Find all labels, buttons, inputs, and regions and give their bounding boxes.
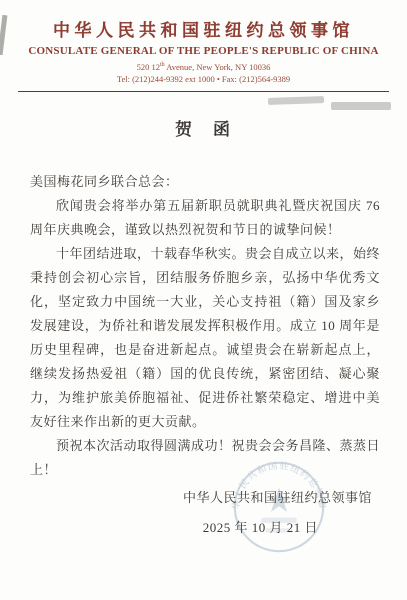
consulate-name-chinese: 中华人民共和国驻纽约总领事馆 xyxy=(0,16,407,41)
closing-organization: 中华人民共和国驻纽约总领事馆 xyxy=(0,486,372,510)
scan-artifact-smudge xyxy=(331,102,391,110)
letter-page: 中华人民共和国驻纽约总领事馆 CONSULATE GENERAL OF THE … xyxy=(0,0,407,600)
paragraph-2: 十年团结进取，十载春华秋实。贵会自成立以来，始终秉持创会初心宗旨，团结服务侨胞乡… xyxy=(30,242,380,434)
address-rest: Avenue, New York, NY 10036 xyxy=(165,62,271,72)
letter-body: 美国梅花同乡联合总会： 欣闻贵会将举办第五届新职员就职典礼暨庆祝国庆 76 周年… xyxy=(30,170,380,482)
paragraph-3: 预祝本次活动取得圆满成功！祝贵会会务昌隆、蒸蒸日上！ xyxy=(30,434,380,482)
letterhead: 中华人民共和国驻纽约总领事馆 CONSULATE GENERAL OF THE … xyxy=(0,0,407,92)
paragraph-1: 欣闻贵会将举办第五届新职员就职典礼暨庆祝国庆 76 周年庆典晚会，谨致以热烈祝贺… xyxy=(30,194,380,242)
consulate-tel-fax: Tel: (212)244-9392 ext 1000 • Fax: (212)… xyxy=(0,74,407,84)
salutation: 美国梅花同乡联合总会： xyxy=(30,170,380,194)
letterhead-divider xyxy=(18,91,389,92)
scan-artifact-smudge xyxy=(268,96,324,105)
address-number: 520 12 xyxy=(137,62,160,72)
consulate-address: 520 12th Avenue, New York, NY 10036 xyxy=(0,62,407,72)
closing-date: 2025 年 10 月 21 日 xyxy=(0,516,372,540)
consulate-name-english: CONSULATE GENERAL OF THE PEOPLE'S REPUBL… xyxy=(0,45,407,57)
closing-block: 中华人民共和国驻纽约总领事馆 2025 年 10 月 21 日 xyxy=(0,486,372,540)
letter-title: 贺 函 xyxy=(0,115,407,140)
